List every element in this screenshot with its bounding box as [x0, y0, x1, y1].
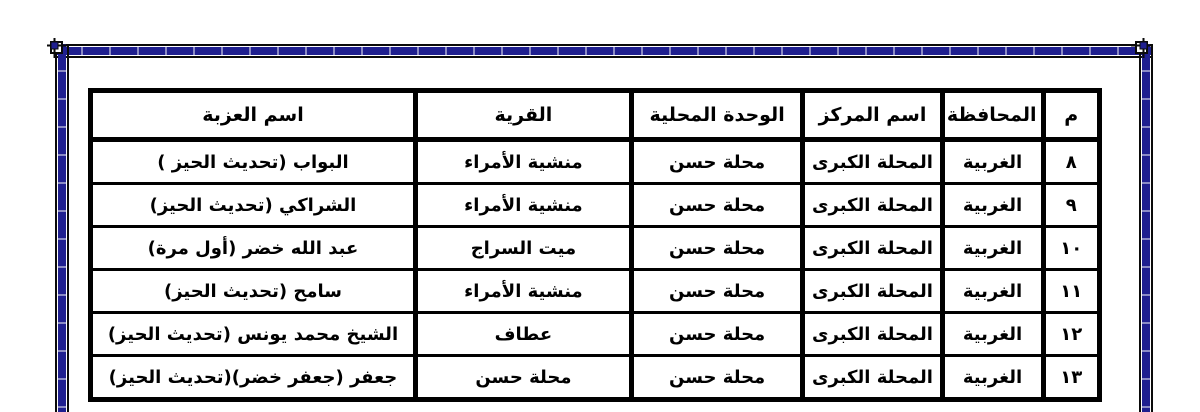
page-border-right — [1139, 44, 1153, 412]
cell-local-unit: محلة حسن — [631, 270, 803, 313]
cell-governorate: الغربية — [942, 184, 1043, 227]
cell-governorate: الغربية — [942, 270, 1043, 313]
cell-ezba: عبد الله خضر (أول مرة) — [91, 227, 416, 270]
cell-local-unit: محلة حسن — [631, 227, 803, 270]
page-border-left — [55, 44, 69, 412]
column-header-village: القرية — [415, 91, 631, 140]
cell-village: منشية الأمراء — [415, 270, 631, 313]
cell-center: المحلة الكبرى — [803, 140, 942, 184]
cell-num: ٩ — [1043, 184, 1100, 227]
column-header-num: م — [1043, 91, 1100, 140]
cell-ezba: الشيخ محمد يونس (تحديث الحيز) — [91, 313, 416, 356]
cell-village: منشية الأمراء — [415, 140, 631, 184]
table-header: مالمحافظةاسم المركزالوحدة المحليةالقريةا… — [91, 91, 1100, 140]
cell-local-unit: محلة حسن — [631, 356, 803, 400]
table-row: ١٠الغربيةالمحلة الكبرىمحلة حسنميت السراج… — [91, 227, 1100, 270]
cell-num: ١١ — [1043, 270, 1100, 313]
cell-village: منشية الأمراء — [415, 184, 631, 227]
table-row: ٨الغربيةالمحلة الكبرىمحلة حسنمنشية الأمر… — [91, 140, 1100, 184]
border-corner-ornament-icon — [46, 37, 68, 59]
cell-num: ١٣ — [1043, 356, 1100, 400]
cell-ezba: جعفر (جعفر خضر)(تحديث الحيز) — [91, 356, 416, 400]
column-header-center: اسم المركز — [803, 91, 942, 140]
cell-village: عطاف — [415, 313, 631, 356]
table-row: ١٣الغربيةالمحلة الكبرىمحلة حسنمحلة حسنجع… — [91, 356, 1100, 400]
table-row: ١٢الغربيةالمحلة الكبرىمحلة حسنعطافالشيخ … — [91, 313, 1100, 356]
cell-center: المحلة الكبرى — [803, 184, 942, 227]
cell-center: المحلة الكبرى — [803, 356, 942, 400]
ezba-listing-table: مالمحافظةاسم المركزالوحدة المحليةالقريةا… — [88, 88, 1102, 402]
cell-ezba: سامح (تحديث الحيز) — [91, 270, 416, 313]
cell-local-unit: محلة حسن — [631, 140, 803, 184]
document-page: مالمحافظةاسم المركزالوحدة المحليةالقريةا… — [0, 0, 1200, 412]
cell-governorate: الغربية — [942, 140, 1043, 184]
table-row: ١١الغربيةالمحلة الكبرىمحلة حسنمنشية الأم… — [91, 270, 1100, 313]
cell-center: المحلة الكبرى — [803, 227, 942, 270]
cell-num: ١٠ — [1043, 227, 1100, 270]
cell-center: المحلة الكبرى — [803, 313, 942, 356]
page-border-top — [55, 44, 1153, 58]
cell-local-unit: محلة حسن — [631, 184, 803, 227]
cell-governorate: الغربية — [942, 313, 1043, 356]
cell-center: المحلة الكبرى — [803, 270, 942, 313]
cell-ezba: البواب (تحديث الحيز ) — [91, 140, 416, 184]
cell-local-unit: محلة حسن — [631, 313, 803, 356]
cell-num: ٨ — [1043, 140, 1100, 184]
cell-governorate: الغربية — [942, 356, 1043, 400]
table-header-row: مالمحافظةاسم المركزالوحدة المحليةالقريةا… — [91, 91, 1100, 140]
cell-num: ١٢ — [1043, 313, 1100, 356]
column-header-governorate: المحافظة — [942, 91, 1043, 140]
table-row: ٩الغربيةالمحلة الكبرىمحلة حسنمنشية الأمر… — [91, 184, 1100, 227]
border-corner-ornament-icon — [1130, 37, 1152, 59]
cell-ezba: الشراكي (تحديث الحيز) — [91, 184, 416, 227]
cell-village: محلة حسن — [415, 356, 631, 400]
cell-village: ميت السراج — [415, 227, 631, 270]
cell-governorate: الغربية — [942, 227, 1043, 270]
column-header-ezba: اسم العزبة — [91, 91, 416, 140]
table-body: ٨الغربيةالمحلة الكبرىمحلة حسنمنشية الأمر… — [91, 140, 1100, 400]
column-header-local-unit: الوحدة المحلية — [631, 91, 803, 140]
